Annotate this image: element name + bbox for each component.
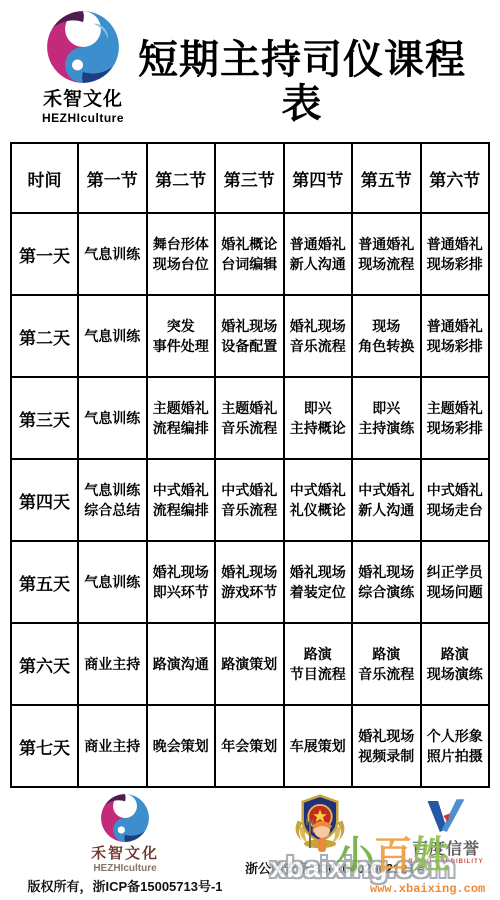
schedule-table: 时间 第一节 第二节 第三节 第四节 第五节 第六节 第一天 气息训练 舞台形体… <box>10 142 490 788</box>
course-cell: 婚礼现场 即兴环节 <box>147 541 216 623</box>
col-header-lesson2: 第二节 <box>147 143 216 213</box>
course-cell: 路演 现场演练 <box>421 623 490 705</box>
course-cell: 婚礼现场 着装定位 <box>284 541 353 623</box>
day-cell: 第一天 <box>11 213 78 295</box>
table-row-day3: 第三天 气息训练 主题婚礼 流程编排 主题婚礼 音乐流程 即兴 主持概论 即兴 … <box>11 377 489 459</box>
baidu-credit-sublabel: BAIDU CREDIBILITY <box>398 859 494 865</box>
course-cell: 车展策划 <box>284 705 353 787</box>
footer-baidu-block: 百度信誉 BAIDU CREDIBILITY <box>398 798 494 865</box>
course-cell: 普通婚礼 现场彩排 <box>421 295 490 377</box>
course-cell: 主题婚礼 音乐流程 <box>215 377 284 459</box>
course-cell: 中式婚礼 音乐流程 <box>215 459 284 541</box>
footer-brand-subtitle: HEZHIculture <box>10 863 240 874</box>
course-cell: 中式婚礼 礼仪概论 <box>284 459 353 541</box>
col-header-time: 时间 <box>11 143 78 213</box>
table-row-day4: 第四天 气息训练 综合总结 中式婚礼 流程编排 中式婚礼 音乐流程 中式婚礼 礼… <box>11 459 489 541</box>
course-cell: 普通婚礼 新人沟通 <box>284 213 353 295</box>
course-cell: 路演 音乐流程 <box>352 623 421 705</box>
col-header-lesson4: 第四节 <box>284 143 353 213</box>
col-header-lesson3: 第三节 <box>215 143 284 213</box>
hezhi-swirl-icon <box>44 8 122 86</box>
table-row-day2: 第二天 气息训练 突发 事件处理 婚礼现场 设备配置 婚礼现场 音乐流程 现场 … <box>11 295 489 377</box>
page: 禾智文化 HEZHIculture 短期主持司仪课程表 时间 第一节 第二节 第… <box>0 0 500 900</box>
course-cell: 商业主持 <box>78 705 147 787</box>
course-cell: 普通婚礼 现场彩排 <box>421 213 490 295</box>
course-cell: 晚会策划 <box>147 705 216 787</box>
course-cell: 中式婚礼 流程编排 <box>147 459 216 541</box>
course-cell: 现场 角色转换 <box>352 295 421 377</box>
course-cell: 路演 节目流程 <box>284 623 353 705</box>
course-cell: 婚礼现场 综合演练 <box>352 541 421 623</box>
course-cell: 路演策划 <box>215 623 284 705</box>
course-cell: 气息训练 <box>78 541 147 623</box>
course-cell: 中式婚礼 新人沟通 <box>352 459 421 541</box>
header: 禾智文化 HEZHIculture 短期主持司仪课程表 <box>0 0 500 140</box>
course-cell: 中式婚礼 现场走台 <box>421 459 490 541</box>
course-cell: 即兴 主持概论 <box>284 377 353 459</box>
table-row-day1: 第一天 气息训练 舞台形体 现场台位 婚礼概论 台词编辑 普通婚礼 新人沟通 普… <box>11 213 489 295</box>
table-row-day6: 第六天 商业主持 路演沟通 路演策划 路演 节目流程 路演 音乐流程 路演 现场… <box>11 623 489 705</box>
course-cell: 纠正学员 现场问题 <box>421 541 490 623</box>
hezhi-swirl-icon-small <box>99 792 151 844</box>
day-cell: 第三天 <box>11 377 78 459</box>
course-cell: 气息训练 <box>78 377 147 459</box>
baidu-credit-icon <box>424 798 468 834</box>
course-cell: 婚礼概论 台词编辑 <box>215 213 284 295</box>
day-cell: 第六天 <box>11 623 78 705</box>
footer-brand-block: 禾智文化 HEZHIculture 版权所有，浙ICP备15005713号-1 <box>10 792 240 895</box>
table-row-day7: 第七天 商业主持 晚会策划 年会策划 车展策划 婚礼现场 视频录制 个人形象 照… <box>11 705 489 787</box>
police-badge-icon <box>289 792 351 850</box>
course-cell: 即兴 主持演练 <box>352 377 421 459</box>
page-title: 短期主持司仪课程表 <box>122 38 482 126</box>
day-cell: 第二天 <box>11 295 78 377</box>
table-row-day5: 第五天 气息训练 婚礼现场 即兴环节 婚礼现场 游戏环节 婚礼现场 着装定位 婚… <box>11 541 489 623</box>
header-row: 时间 第一节 第二节 第三节 第四节 第五节 第六节 <box>11 143 489 213</box>
course-cell: 舞台形体 现场台位 <box>147 213 216 295</box>
course-cell: 气息训练 <box>78 295 147 377</box>
day-cell: 第七天 <box>11 705 78 787</box>
col-header-lesson6: 第六节 <box>421 143 490 213</box>
police-record-text: 浙公网安备 33010402002121号 <box>245 858 395 877</box>
course-cell: 个人形象 照片拍摄 <box>421 705 490 787</box>
day-cell: 第四天 <box>11 459 78 541</box>
footer: 禾智文化 HEZHIculture 版权所有，浙ICP备15005713号-1 … <box>0 790 500 900</box>
course-cell: 商业主持 <box>78 623 147 705</box>
footer-brand-name: 禾智文化 <box>10 842 240 863</box>
course-cell: 婚礼现场 设备配置 <box>215 295 284 377</box>
course-cell: 突发 事件处理 <box>147 295 216 377</box>
course-cell: 主题婚礼 现场彩排 <box>421 377 490 459</box>
day-cell: 第五天 <box>11 541 78 623</box>
baidu-credit-label: 百度信誉 <box>398 836 494 859</box>
footer-police-block: 浙公网安备 33010402002121号 <box>245 792 395 877</box>
copyright-text: 版权所有，浙ICP备15005713号-1 <box>10 876 240 895</box>
course-cell: 气息训练 <box>78 213 147 295</box>
course-cell: 婚礼现场 音乐流程 <box>284 295 353 377</box>
course-cell: 气息训练 综合总结 <box>78 459 147 541</box>
course-cell: 路演沟通 <box>147 623 216 705</box>
col-header-lesson5: 第五节 <box>352 143 421 213</box>
col-header-lesson1: 第一节 <box>78 143 147 213</box>
course-cell: 婚礼现场 视频录制 <box>352 705 421 787</box>
course-cell: 年会策划 <box>215 705 284 787</box>
course-cell: 婚礼现场 游戏环节 <box>215 541 284 623</box>
course-cell: 普通婚礼 现场流程 <box>352 213 421 295</box>
course-cell: 主题婚礼 流程编排 <box>147 377 216 459</box>
